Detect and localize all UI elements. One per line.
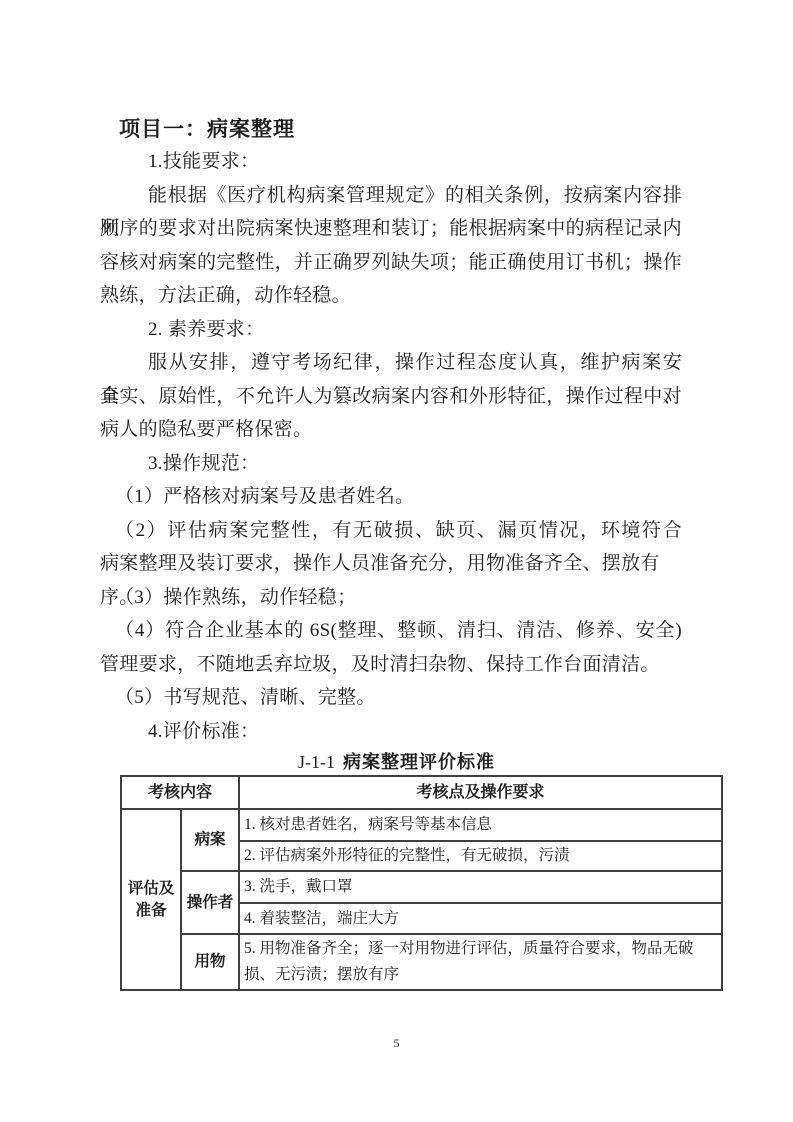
table-header-content: 考核内容 [121,776,239,809]
paragraph-line: 服从安排，遵守考场纪律，操作过程态度认真，维护病案安全、 [100,346,682,380]
row-group-label: 评估及准备 [121,809,181,990]
sub-group-label: 用物 [181,934,239,990]
table-row: 2. 评估病案外形特征的完整性，有无破损，污渍 [239,841,722,871]
table-caption-number: J-1-1 [298,752,335,772]
section-heading: 1.技能要求： [100,145,682,179]
section-heading: 3.操作规范： [100,447,682,481]
paragraph-line: 顺序的要求对出院病案快速整理和装订；能根据病案中的病程记录内 [100,212,682,246]
table-row: 1. 核对患者姓名，病案号等基本信息 [239,809,722,841]
table-row: 5. 用物准备齐全；逐一对用物进行评估，质量符合要求，物品无破损、无污渍；摆放有… [239,934,722,990]
paragraph-line: 熟练，方法正确，动作轻稳。 [100,279,682,313]
section-heading: 2. 素养要求： [100,313,682,347]
page-number: 5 [0,1036,793,1051]
evaluation-criteria-table: 考核内容 考核点及操作要求 评估及准备 病案 1. 核对患者姓名，病案号等基本信… [120,775,723,991]
table-caption: J-1-1病案整理评价标准 [0,750,793,774]
list-item-cont: 病案整理及装订要求，操作人员准备充分，用物准备齐全、摆放有序。 [100,547,682,581]
paragraph-line: 病人的隐私要严格保密。 [100,413,682,447]
sub-group-label: 操作者 [181,871,239,934]
document-body: 1.技能要求： 能根据《医疗机构病案管理规定》的相关条例，按病案内容排列 顺序的… [100,145,682,748]
list-item: （3）操作熟练，动作轻稳； [100,581,682,615]
list-item-cont: 管理要求，不随地丢弃垃圾，及时清扫杂物、保持工作台面清洁。 [100,648,682,682]
list-item: （2）评估病案完整性，有无破损、缺页、漏页情况，环境符合 [100,514,682,548]
paragraph-line: 能根据《医疗机构病案管理规定》的相关条例，按病案内容排列 [100,179,682,213]
table-header-points: 考核点及操作要求 [239,776,722,809]
list-item: （1）严格核对病案号及患者姓名。 [100,480,682,514]
list-item: （5）书写规范、清晰、完整。 [100,681,682,715]
paragraph-line: 真实、原始性，不允许人为篡改病案内容和外形特征，操作过程中对 [100,380,682,414]
table-row: 4. 着装整洁，端庄大方 [239,903,722,934]
table-caption-title: 病案整理评价标准 [343,752,495,772]
table-row: 3. 洗手，戴口罩 [239,871,722,903]
page-title: 项目一：病案整理 [119,115,295,143]
section-heading: 4.评价标准： [100,715,682,749]
paragraph-line: 容核对病案的完整性，并正确罗列缺失项；能正确使用订书机；操作 [100,246,682,280]
sub-group-label: 病案 [181,809,239,871]
list-item: （4）符合企业基本的 6S(整理、整顿、清扫、清洁、修养、安全) [100,614,682,648]
document-page: 项目一：病案整理 1.技能要求： 能根据《医疗机构病案管理规定》的相关条例，按病… [0,0,793,1122]
